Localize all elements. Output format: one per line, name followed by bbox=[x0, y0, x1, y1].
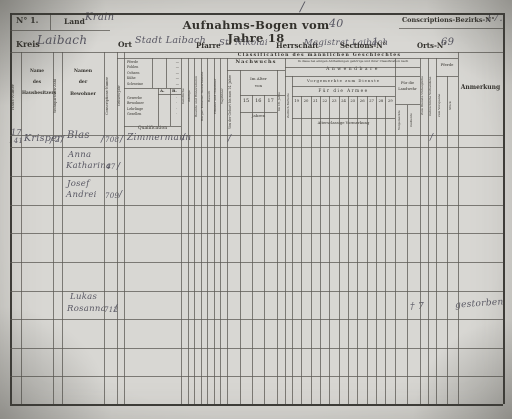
pen-tick-mark: / bbox=[101, 135, 104, 145]
livestock-dash: — bbox=[176, 82, 179, 87]
sections-value: 1 bbox=[372, 37, 379, 48]
grid-line-horizontal bbox=[399, 28, 503, 29]
pen-tick-mark: / bbox=[50, 136, 53, 146]
grid-line-vertical bbox=[329, 96, 330, 404]
form-year-handwriting: 40 bbox=[329, 17, 344, 30]
grid-line-vertical bbox=[53, 52, 54, 404]
grid-line-vertical bbox=[292, 76, 293, 404]
qualification-col-b: B. bbox=[172, 89, 177, 93]
armee-age-cell: 19 bbox=[292, 99, 301, 103]
grid-line-horizontal bbox=[240, 95, 285, 96]
qualification-row-dash: · bbox=[176, 112, 177, 117]
household-count-value: 2 bbox=[55, 135, 60, 144]
grid-line-horizontal bbox=[10, 319, 503, 320]
inhabitant-name-2: Anna bbox=[68, 150, 91, 160]
grid-line-horizontal bbox=[158, 94, 181, 95]
nachwuchs-year-cell: 15 bbox=[240, 99, 252, 105]
armee-age-cell: 24 bbox=[339, 99, 348, 103]
anmerkung-header: Anmerkung bbox=[458, 85, 503, 92]
grid-line-vertical bbox=[285, 58, 286, 404]
grid-line-vertical bbox=[407, 105, 408, 404]
armee-age-cell: 28 bbox=[376, 99, 385, 103]
grid-line-vertical bbox=[50, 13, 51, 30]
nachwuchs-right-column: Im 18. Jahre bbox=[278, 70, 284, 133]
armee-anwendbare: Anwendbare bbox=[287, 68, 419, 73]
form-frame-line bbox=[10, 13, 503, 15]
grid-line-horizontal bbox=[10, 233, 503, 234]
grid-line-horizontal bbox=[240, 112, 277, 113]
landwehr-sub-2: Gediente bbox=[410, 107, 418, 133]
column-inhabitants: Namen der Bewohner bbox=[63, 66, 103, 100]
grid-line-horizontal bbox=[10, 147, 503, 148]
grid-line-horizontal bbox=[285, 67, 420, 68]
grid-line-horizontal bbox=[10, 262, 503, 263]
armee-age-cell: 29 bbox=[386, 99, 395, 103]
livestock-box: Pferde—Fohlen—Ochsen—Kühe—Schweine— bbox=[127, 60, 179, 87]
column-untauglich: Zum Dienste Untaugliche bbox=[421, 60, 427, 132]
qualification-row-label: Gesellen bbox=[127, 112, 141, 117]
grid-line-horizontal bbox=[10, 205, 503, 206]
armee-left-column: Zeitlich Befreite bbox=[287, 78, 292, 133]
pferde-sub-2: Stück bbox=[449, 79, 457, 132]
form-frame-line bbox=[10, 13, 12, 404]
column-birth-year: Geburts-Jahr bbox=[118, 58, 123, 134]
grid-line-horizontal bbox=[227, 70, 285, 71]
pfarre-label: Pfarre bbox=[196, 42, 221, 50]
pen-tick-mark: / bbox=[114, 304, 117, 314]
grid-line-vertical bbox=[367, 96, 368, 404]
grid-line-vertical bbox=[348, 96, 349, 404]
grid-line-vertical bbox=[264, 95, 265, 404]
grid-line-vertical bbox=[357, 96, 358, 404]
column-conscription-number: Conscriptions-Numer bbox=[106, 58, 115, 134]
form-frame-line bbox=[503, 13, 505, 404]
grid-line-horizontal bbox=[285, 76, 420, 77]
armee-header-line1: In diese bei einigen Abtheilungen gehöri… bbox=[287, 60, 419, 63]
grid-line-horizontal bbox=[292, 86, 395, 87]
inhabitant-number-3: 47 bbox=[106, 163, 116, 171]
pen-tick-mark: / bbox=[430, 133, 433, 143]
armee-age-cell: 25 bbox=[348, 99, 357, 103]
column-gebrechlich: Gebrechliche Vorhandene bbox=[429, 60, 435, 132]
orts-value: 69 bbox=[441, 37, 454, 48]
grid-line-vertical bbox=[152, 58, 153, 88]
land-label: Land bbox=[64, 18, 85, 26]
nachwuchs-year-cell: 17 bbox=[265, 99, 277, 105]
pferde-sub-1: zum Vorspanne bbox=[438, 79, 446, 132]
livestock-row: Schweine— bbox=[127, 82, 179, 87]
death-mark: † 7 bbox=[410, 302, 424, 312]
grid-line-vertical bbox=[428, 58, 429, 404]
pen-tick-mark: / bbox=[182, 133, 185, 143]
form-number: N° 1. bbox=[16, 16, 38, 25]
grid-line-vertical bbox=[277, 70, 278, 404]
scanned-census-form: N° 1. Land Krain Conscriptions-Bezirks-N… bbox=[0, 0, 512, 419]
armee-age-cell: 21 bbox=[311, 99, 320, 103]
grid-line-vertical bbox=[376, 96, 377, 404]
grid-line-horizontal bbox=[10, 52, 503, 53]
armee-age-cell: 20 bbox=[301, 99, 310, 103]
grid-line-vertical bbox=[62, 52, 63, 404]
grid-line-horizontal bbox=[436, 76, 458, 77]
grid-line-horizontal bbox=[10, 291, 503, 292]
grid-line-vertical bbox=[301, 96, 302, 404]
column-household-count: Wohnparteien-Zahl bbox=[54, 60, 61, 132]
inhabitant-name-5: Andrei bbox=[66, 190, 97, 200]
grid-line-vertical bbox=[124, 52, 125, 404]
inhabitant-name-4: Josef bbox=[67, 179, 90, 189]
grid-line-horizontal bbox=[10, 30, 110, 31]
nachwuchs-caption: Nachwuchs bbox=[227, 60, 285, 66]
grid-line-horizontal bbox=[124, 88, 181, 89]
inhabitant-name-6: Lukas bbox=[70, 292, 97, 302]
nachwuchs-year-cell: 16 bbox=[252, 99, 264, 105]
pen-tick-mark: / bbox=[228, 134, 231, 144]
inhabitant-name-7: Rosanna bbox=[67, 304, 106, 314]
kreis-value: Laibach bbox=[37, 33, 87, 47]
grid-line-vertical bbox=[436, 58, 437, 404]
nachwuchs-age-label: Im Alter von bbox=[241, 75, 276, 89]
grid-line-vertical bbox=[166, 58, 167, 88]
grid-line-vertical bbox=[385, 96, 386, 404]
grid-line-vertical bbox=[320, 96, 321, 404]
grid-line-horizontal bbox=[117, 58, 458, 59]
pen-tick-mark: / bbox=[61, 135, 64, 145]
grid-line-vertical bbox=[252, 95, 253, 404]
pen-tick-mark: / bbox=[120, 135, 123, 145]
grid-line-vertical bbox=[339, 96, 340, 404]
qualification-caption: Qualification bbox=[124, 127, 181, 132]
pfarre-value: St. Nikolai bbox=[219, 38, 268, 48]
grid-line-horizontal bbox=[124, 126, 181, 127]
form-frame-line bbox=[10, 404, 503, 406]
qualification-col-a: A. bbox=[160, 89, 165, 93]
landwehr-label: Für die Landwehr bbox=[396, 80, 419, 93]
grid-line-vertical bbox=[240, 70, 241, 404]
pen-tick-mark: / bbox=[117, 162, 120, 172]
ort-label: Ort bbox=[118, 41, 132, 49]
column-owner-name: Name des Hausbesitzers bbox=[22, 66, 52, 100]
grid-line-vertical bbox=[227, 58, 228, 404]
grid-line-vertical bbox=[447, 76, 448, 404]
grid-line-vertical bbox=[420, 58, 421, 404]
landwehr-sub-1: Vorgemerkte bbox=[398, 107, 406, 133]
conscription-district-label: Conscriptions-Bezirks-N° bbox=[402, 17, 494, 24]
armee-fuer-die-armee: Für die Armee bbox=[293, 89, 394, 94]
grid-line-horizontal bbox=[10, 376, 503, 377]
grid-line-vertical bbox=[21, 52, 22, 404]
grid-line-vertical bbox=[117, 52, 118, 404]
grid-line-vertical bbox=[104, 52, 105, 404]
nachwuchs-left-column: Von der Geburt bis zum 14. Jahre bbox=[229, 72, 239, 132]
livestock-label: Schweine bbox=[127, 82, 143, 87]
conscription-district-value: 17. bbox=[486, 13, 503, 24]
remark-gestorben: gestorben bbox=[455, 297, 504, 310]
nachwuchs-jahren: Jahren bbox=[241, 114, 276, 118]
armee-age-cell: 23 bbox=[329, 99, 338, 103]
grid-line-horizontal bbox=[10, 176, 503, 177]
grid-line-horizontal bbox=[292, 96, 395, 97]
qualification-column-label: Taglöhner bbox=[221, 61, 227, 132]
pen-tick-mark: / bbox=[119, 190, 122, 200]
column-house-number: Haus-Numer bbox=[11, 62, 20, 132]
classification-title: Classification des männlichen Geschlecht… bbox=[181, 53, 458, 58]
pferde-caption: Pferde bbox=[437, 63, 457, 67]
armee-vorgemerkte: Vorgemerkte zum Dienste bbox=[293, 79, 394, 83]
armee-age-cell: 27 bbox=[367, 99, 376, 103]
armee-caption: Altersclassige Vormerkung bbox=[293, 121, 394, 125]
sections-label: Sections-N° bbox=[340, 42, 386, 50]
grid-line-horizontal bbox=[10, 348, 503, 349]
grid-line-vertical bbox=[311, 96, 312, 404]
armee-age-cell: 22 bbox=[320, 99, 329, 103]
grid-line-horizontal bbox=[292, 118, 395, 119]
armee-age-cell: 26 bbox=[358, 99, 367, 103]
grid-line-vertical bbox=[458, 52, 459, 404]
grid-line-vertical bbox=[395, 58, 396, 404]
grid-line-horizontal bbox=[395, 104, 420, 105]
